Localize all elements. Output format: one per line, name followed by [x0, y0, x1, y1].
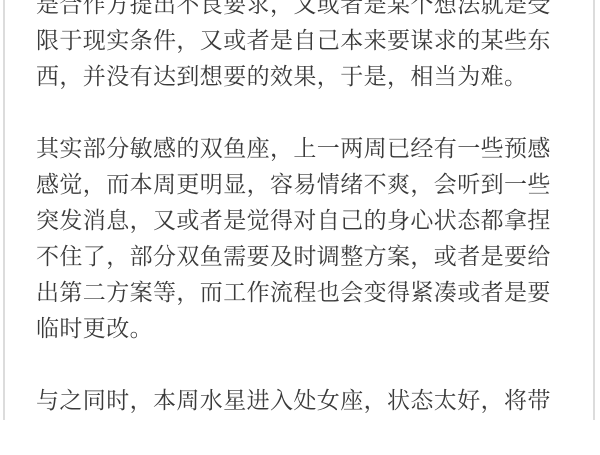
paragraph-2: 其实部分敏感的双鱼座，上一两周已经有一些预感 感觉，而本周更明显，容易情绪不爽，…	[36, 131, 572, 347]
text-line: 与之同时，本周水星进入处女座，状态太好，将带	[36, 383, 572, 400]
text-line: 其实部分敏感的双鱼座，上一两周已经有一些预感	[36, 131, 572, 167]
text-line: 感觉，而本周更明显，容易情绪不爽，会听到一些	[36, 167, 572, 203]
text-line: 突发消息，又或者是觉得对自己的身心状态都拿捏	[36, 203, 572, 239]
text-line: 临时更改。	[36, 311, 572, 347]
paragraph-1: 是合作方提出不良要求，又或者是某个想法就是受 限于现实条件，又或者是自己本来要谋…	[36, 0, 572, 95]
paragraph-3: 与之同时，本周水星进入处女座，状态太好，将带	[36, 383, 572, 400]
text-line: 不住了，部分双鱼需要及时调整方案，或者是要给	[36, 239, 572, 275]
text-line: 出第二方案等，而工作流程也会变得紧凑或者是要	[36, 275, 572, 311]
text-line: 是合作方提出不良要求，又或者是某个想法就是受	[36, 0, 572, 23]
text-line: 西，并没有达到想要的效果，于是，相当为难。	[36, 59, 572, 95]
text-line: 限于现实条件，又或者是自己本来要谋求的某些东	[36, 23, 572, 59]
article-body: 是合作方提出不良要求，又或者是某个想法就是受 限于现实条件，又或者是自己本来要谋…	[36, 0, 572, 400]
